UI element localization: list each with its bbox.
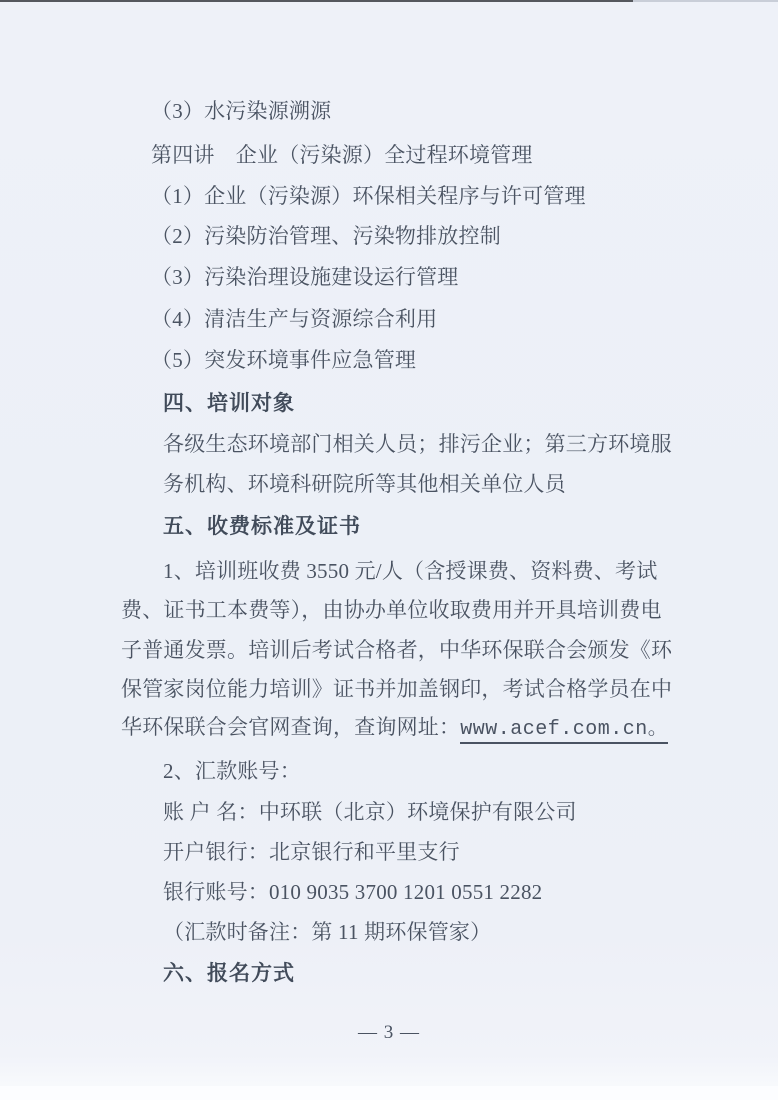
doc-line-text: 华环保联合会官网查询，查询网址：	[121, 715, 460, 739]
doc-line-outline-item: （5）突发环境事件应急管理	[151, 347, 416, 374]
section-heading-trainees: 四、培训对象	[163, 390, 295, 417]
doc-line-lecture-title: 第四讲 企业（污染源）全过程环境管理	[151, 142, 533, 169]
doc-line-outline-item: （3）污染治理设施建设运行管理	[151, 264, 459, 291]
doc-line-bank-name: 开户银行：北京银行和平里支行	[163, 839, 460, 866]
scanned-document-page: （3）水污染源溯源 第四讲 企业（污染源）全过程环境管理 （1）企业（污染源）环…	[0, 0, 778, 1100]
doc-line-outline-item: （2）污染防治管理、污染物排放控制	[151, 223, 501, 250]
doc-line-bank-account-number: 银行账号：010 9035 3700 1201 0551 2282	[163, 879, 542, 906]
doc-line-paragraph: 各级生态环境部门相关人员；排污企业；第三方环境服	[163, 431, 672, 458]
doc-line-remittance-label: 2、汇款账号：	[163, 758, 301, 785]
doc-line-remittance-note: （汇款时备注：第 11 期环保管家）	[163, 919, 491, 946]
doc-line-paragraph: 务机构、环境科研院所等其他相关单位人员	[163, 471, 566, 498]
scan-top-edge-artifact-light	[633, 0, 778, 2]
doc-line-paragraph: 保管家岗位能力培训》证书并加盖钢印，考试合格学员在中	[121, 676, 672, 703]
section-heading-fees: 五、收费标准及证书	[163, 513, 361, 540]
section-heading-registration: 六、报名方式	[163, 960, 295, 987]
page-number: — 3 —	[0, 1022, 778, 1044]
scan-top-edge-artifact	[0, 0, 633, 2]
doc-line-outline-item: （4）清洁生产与资源综合利用	[151, 306, 437, 333]
scan-bottom-margin	[0, 1086, 778, 1100]
doc-line-outline-item: （1）企业（污染源）环保相关程序与许可管理	[151, 183, 586, 210]
doc-line-outline-item: （3）水污染源溯源	[151, 98, 331, 125]
doc-line-paragraph: 华环保联合会官网查询，查询网址：www.acef.com.cn。	[121, 714, 668, 743]
doc-line-paragraph: 费、证书工本费等），由协办单位收取费用并开具培训费电	[121, 597, 662, 624]
doc-line-paragraph: 子普通发票。培训后考试合格者，中华环保联合会颁发《环	[121, 637, 672, 664]
doc-line-account-name: 账 户 名：中环联（北京）环境保护有限公司	[163, 799, 577, 826]
doc-line-paragraph: 1、培训班收费 3550 元/人（含授课费、资料费、考试	[163, 558, 657, 585]
acef-website-url: www.acef.com.cn。	[460, 718, 668, 744]
